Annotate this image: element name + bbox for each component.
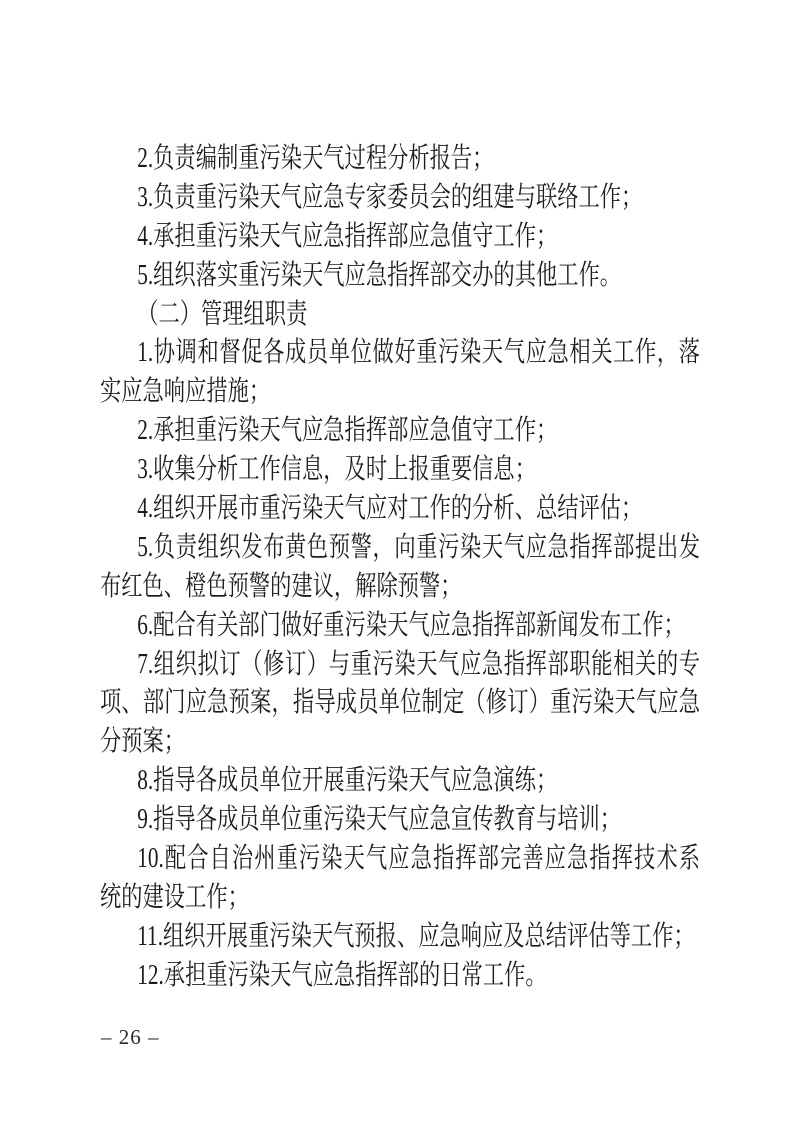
text-line: 9.指导各成员单位重污染天气应急宣传教育与培训；	[100, 801, 700, 840]
text-line: 8.指导各成员单位开展重污染天气应急演练；	[100, 762, 700, 801]
text-line: 项、部门应急预案，指导成员单位制定（修订）重污染天气应急	[100, 684, 700, 723]
document-page: { "colors": { "page_background": "#fffff…	[0, 0, 793, 1121]
text-line: 1.协调和督促各成员单位做好重污染天气应急相关工作，落	[100, 334, 700, 373]
text-line: 统的建设工作；	[100, 879, 700, 918]
text-line: 5.组织落实重污染天气应急指挥部交办的其他工作。	[100, 257, 700, 296]
document-body: 2.负责编制重污染天气过程分析报告；3.负责重污染天气应急专家委员会的组建与联络…	[100, 140, 700, 996]
text-line: 实应急响应措施；	[100, 373, 700, 412]
text-line: 3.负责重污染天气应急专家委员会的组建与联络工作；	[100, 179, 700, 218]
text-line: 12.承担重污染天气应急指挥部的日常工作。	[100, 957, 700, 996]
text-line: 3.收集分析工作信息，及时上报重要信息；	[100, 451, 700, 490]
text-line: 分预案；	[100, 723, 700, 762]
text-line: 4.承担重污染天气应急指挥部应急值守工作；	[100, 218, 700, 257]
page-background: 2.负责编制重污染天气过程分析报告；3.负责重污染天气应急专家委员会的组建与联络…	[0, 0, 793, 1121]
page-number: – 26 –	[101, 1024, 160, 1050]
text-line: 5.负责组织发布黄色预警，向重污染天气应急指挥部提出发	[100, 529, 700, 568]
text-line: 11.组织开展重污染天气预报、应急响应及总结评估等工作；	[100, 918, 700, 957]
text-line: 2.承担重污染天气应急指挥部应急值守工作；	[100, 412, 700, 451]
text-line: 4.组织开展市重污染天气应对工作的分析、总结评估；	[100, 490, 700, 529]
text-line: （二）管理组职责	[100, 296, 700, 335]
text-line: 布红色、橙色预警的建议，解除预警；	[100, 568, 700, 607]
text-line: 2.负责编制重污染天气过程分析报告；	[100, 140, 700, 179]
text-line: 6.配合有关部门做好重污染天气应急指挥部新闻发布工作；	[100, 607, 700, 646]
text-line: 7.组织拟订（修订）与重污染天气应急指挥部职能相关的专	[100, 646, 700, 685]
text-line: 10.配合自治州重污染天气应急指挥部完善应急指挥技术系	[100, 840, 700, 879]
